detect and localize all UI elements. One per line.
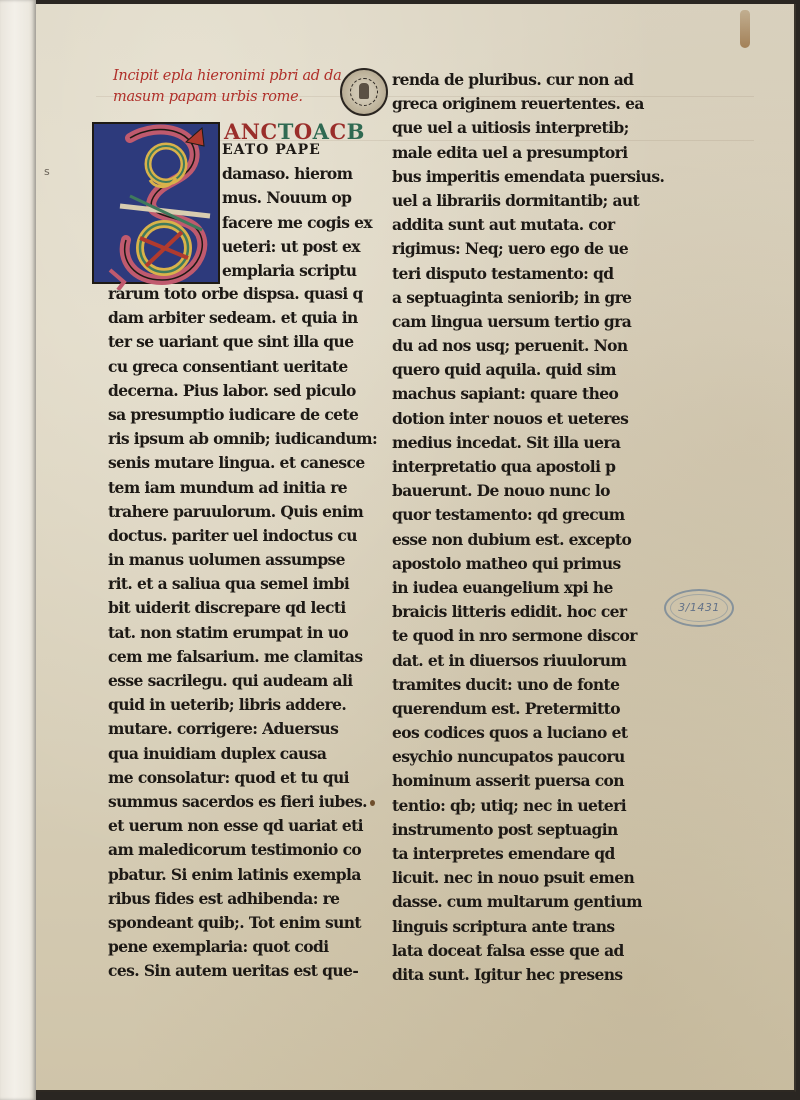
text-line: eos codices quos a luciano et: [392, 721, 664, 745]
text-line: medius incedat. Sit illa uera: [392, 431, 664, 455]
text-line: interpretatio qua apostoli p: [392, 455, 664, 479]
text-line: summus sacerdos es fieri iubes.: [108, 790, 377, 814]
text-line: dita sunt. Igitur hec presens: [392, 963, 664, 987]
left-text-column: rarum toto orbe dispsa. quasi q dam arbi…: [108, 282, 377, 983]
decorated-initial: [92, 122, 220, 284]
water-stain: [740, 10, 750, 48]
text-line: tramites ducit: uno de fonte: [392, 673, 664, 697]
text-line: in manus uolumen assumpse: [108, 548, 377, 572]
text-line: am maledicorum testimonio co: [108, 838, 377, 862]
text-line: sa presumptio iudicare de cete: [108, 403, 377, 427]
text-line: qua inuidiam duplex causa: [108, 742, 377, 766]
text-line: tem iam mundum ad initia re: [108, 476, 377, 500]
text-line: et uerum non esse qd uariat eti: [108, 814, 377, 838]
text-line: esse non dubium est. excepto: [392, 528, 664, 552]
text-line: dasse. cum multarum gentium: [392, 890, 664, 914]
text-line: cem me falsarium. me clamitas: [108, 645, 377, 669]
text-line: bus imperitis emendata puersius.: [392, 165, 664, 189]
dragon-initial-icon: [90, 120, 226, 290]
text-line: a septuaginta seniorib; in gre: [392, 286, 664, 310]
quire-mark: s: [44, 165, 50, 178]
text-line: apostolo matheo qui primus: [392, 552, 664, 576]
flyleaf-edge: [0, 0, 36, 1100]
text-line: pene exemplaria: quot codi: [108, 935, 377, 959]
rubric-heading: Incipit epla hieronimi pbri ad da masum …: [113, 66, 343, 108]
text-line: dat. et in diuersos riuulorum: [392, 649, 664, 673]
text-line: esse sacrilegu. qui audeam ali: [108, 669, 377, 693]
text-line: instrumento post septuagin: [392, 818, 664, 842]
text-line: ueteri: ut post ex: [222, 235, 372, 259]
text-line: dotion inter nouos et ueteres: [392, 407, 664, 431]
text-line: que uel a uitiosis interpretib;: [392, 116, 664, 140]
text-line: pbatur. Si enim latinis exempla: [108, 863, 377, 887]
text-line: rit. et a saliua qua semel imbi: [108, 572, 377, 596]
text-line: ta interpretes emendare qd: [392, 842, 664, 866]
text-line: mus. Nouum op: [222, 186, 372, 210]
text-line: trahere paruulorum. Quis enim: [108, 500, 377, 524]
text-line: in iudea euangelium xpi he: [392, 576, 664, 600]
text-line: teri disputo testamento: qd: [392, 262, 664, 286]
text-line: EATO PAPE: [222, 138, 372, 162]
text-line: braicis litteris edidit. hoc cer: [392, 600, 664, 624]
text-line: cam lingua uersum tertio gra: [392, 310, 664, 334]
rubric-line: masum papam urbis rome.: [113, 87, 343, 108]
text-line: lata doceat falsa esse que ad: [392, 939, 664, 963]
text-line: male edita uel a presumptori: [392, 141, 664, 165]
text-line: dam arbiter sedeam. et quia in: [108, 306, 377, 330]
text-line: rigimus: Neq; uero ego de ue: [392, 237, 664, 261]
seal-figure: [359, 83, 369, 99]
text-line: ris ipsum ab omnib; iudicandum:: [108, 427, 377, 451]
left-column-beside-initial: EATO PAPE damaso. hierom mus. Nouum op f…: [222, 138, 372, 283]
text-line: licuit. nec in nouo psuit emen: [392, 866, 664, 890]
rubric-line: Incipit epla hieronimi pbri ad da: [113, 66, 343, 87]
text-line: senis mutare lingua. et canesce: [108, 451, 377, 475]
text-line: addita sunt aut mutata. cor: [392, 213, 664, 237]
text-line: ces. Sin autem ueritas est que-: [108, 959, 377, 983]
seal-stamp-icon: [340, 68, 388, 116]
text-line: uel a librariis dormitantib; aut: [392, 189, 664, 213]
right-text-column: renda de pluribus. cur non ad greca orig…: [392, 68, 664, 987]
text-line: rarum toto orbe dispsa. quasi q: [108, 282, 377, 306]
text-line: cu greca consentiant ueritate: [108, 355, 377, 379]
text-line: linguis scriptura ante trans: [392, 915, 664, 939]
text-line: doctus. pariter uel indoctus cu: [108, 524, 377, 548]
text-line: greca originem reuertentes. ea: [392, 92, 664, 116]
text-line: bit uiderit discrepare qd lecti: [108, 596, 377, 620]
text-line: decerna. Pius labor. sed piculo: [108, 379, 377, 403]
text-line: mutare. corrigere: Aduersus: [108, 717, 377, 741]
library-shelfmark-stamp: 3/1431: [664, 589, 734, 627]
text-line: quero quid aquila. quid sim: [392, 358, 664, 382]
text-line: facere me cogis ex: [222, 211, 372, 235]
shelfmark-number: 3/1431: [666, 591, 732, 625]
text-line: damaso. hierom: [222, 162, 372, 186]
text-line: hominum asserit puersa con: [392, 769, 664, 793]
text-line: spondeant quib;. Tot enim sunt: [108, 911, 377, 935]
text-line: renda de pluribus. cur non ad: [392, 68, 664, 92]
text-line: bauerunt. De nouo nunc lo: [392, 479, 664, 503]
text-line: tat. non statim erumpat in uo: [108, 621, 377, 645]
text-line: machus sapiant: quare theo: [392, 382, 664, 406]
text-line: te quod in nro sermone discor: [392, 624, 664, 648]
text-line: du ad nos usq; peruenit. Non: [392, 334, 664, 358]
text-line: me consolatur: quod et tu qui: [108, 766, 377, 790]
text-line: quor testamento: qd grecum: [392, 503, 664, 527]
text-line: querendum est. Pretermitto: [392, 697, 664, 721]
text-line: tentio: qb; utiq; nec in ueteri: [392, 794, 664, 818]
text-line: emplaria scriptu: [222, 259, 372, 283]
text-line: ter se uariant que sint illa que: [108, 330, 377, 354]
text-line: esychio nuncupatos paucoru: [392, 745, 664, 769]
text-line: quid in ueterib; libris addere.: [108, 693, 377, 717]
text-line: ribus fides est adhibenda: re: [108, 887, 377, 911]
